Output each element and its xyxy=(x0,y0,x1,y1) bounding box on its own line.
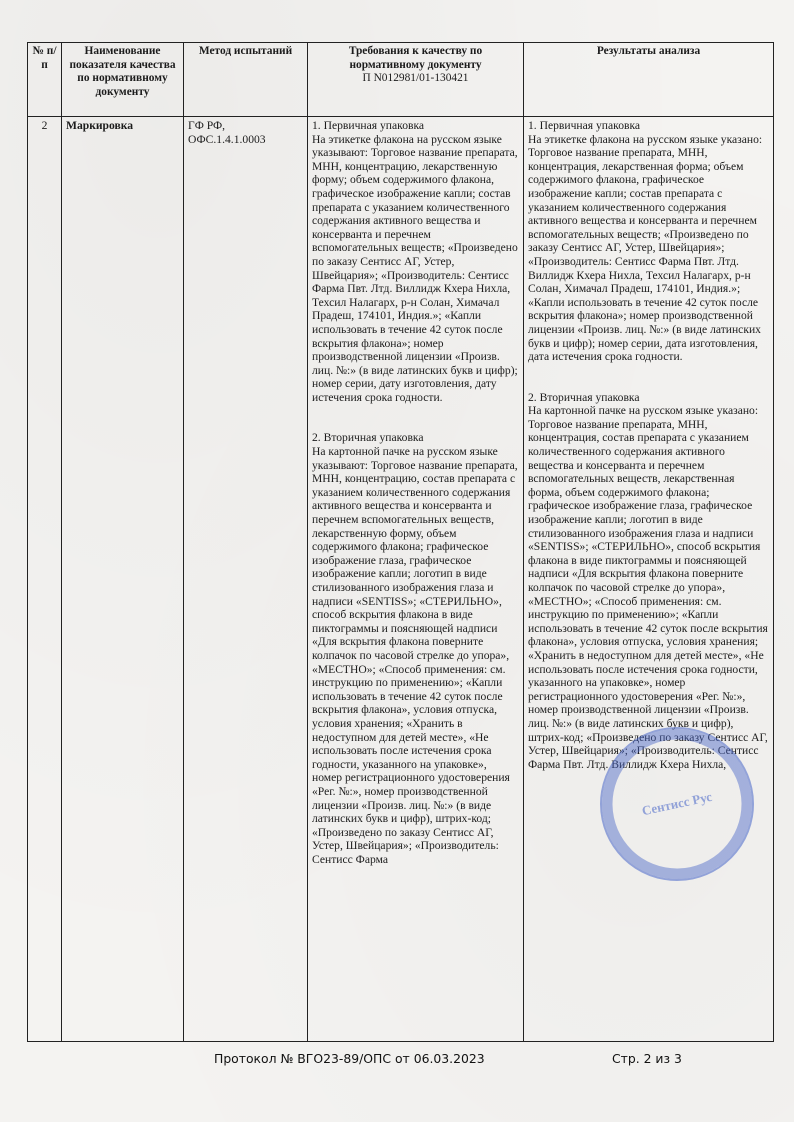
table-header-row: № п/п Наименование показателя качества п… xyxy=(28,43,774,117)
row-indicator: Маркировка xyxy=(62,117,184,1042)
row-num: 2 xyxy=(28,117,62,1042)
requirements-secondary-text: На картонной пачке на русском языке указ… xyxy=(312,445,519,866)
row-method: ГФ РФ, ОФС.1.4.1.0003 xyxy=(184,117,308,1042)
analysis-results-table: № п/п Наименование показателя качества п… xyxy=(27,42,774,1042)
header-results: Результаты анализа xyxy=(524,43,774,117)
results-secondary-text: На картонной пачке на русском языке указ… xyxy=(528,404,769,771)
page-number: Стр. 2 из 3 xyxy=(612,1051,682,1066)
requirements-primary-text: На этикетке флакона на русском языке ука… xyxy=(312,133,519,405)
header-num: № п/п xyxy=(28,43,62,117)
results-secondary-title: 2. Вторичная упаковка xyxy=(528,391,769,405)
header-requirements-doc: П N012981/01-130421 xyxy=(312,72,519,86)
requirements-primary-title: 1. Первичная упаковка xyxy=(312,119,519,133)
table-row: 2 Маркировка ГФ РФ, ОФС.1.4.1.0003 1. Пе… xyxy=(28,117,774,1042)
results-primary-text: На этикетке флакона на русском языке ука… xyxy=(528,133,769,364)
row-requirements: 1. Первичная упаковка На этикетке флакон… xyxy=(308,117,524,1042)
header-requirements-title: Требования к качеству по нормативному до… xyxy=(349,45,482,71)
header-requirements: Требования к качеству по нормативному до… xyxy=(308,43,524,117)
protocol-number: Протокол № ВГО23-89/ОПС от 06.03.2023 xyxy=(214,1051,485,1066)
header-method: Метод испытаний xyxy=(184,43,308,117)
requirements-secondary-title: 2. Вторичная упаковка xyxy=(312,431,519,445)
results-primary-title: 1. Первичная упаковка xyxy=(528,119,769,133)
row-results: 1. Первичная упаковка На этикетке флакон… xyxy=(524,117,774,1042)
header-indicator: Наименование показателя качества по норм… xyxy=(62,43,184,117)
